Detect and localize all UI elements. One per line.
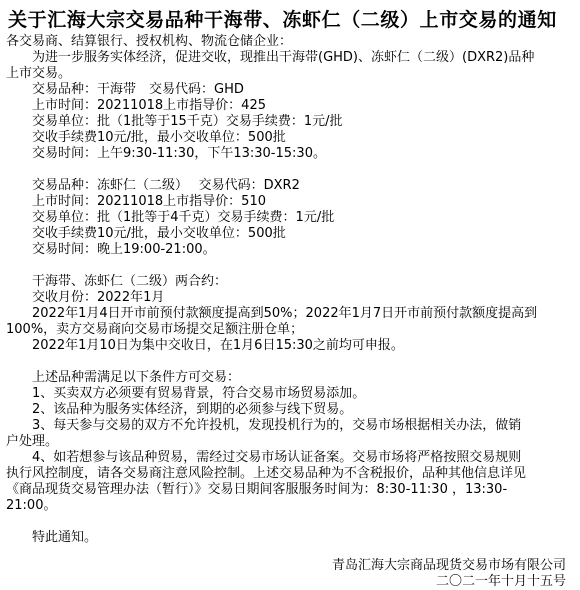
product-line: 交易单位：批（1批等于4千克）交易手续费：1元/批 <box>6 210 576 226</box>
notice-body: 各交易商、结算银行、授权机构、物流仓储企业： 为进一步服务实体经济，促进交收，现… <box>6 34 576 584</box>
product-ghd-block: 交易品种：干海带 交易代码：GHD 上市时间：20211018上市指导价：425… <box>6 82 576 162</box>
product-line: 交易品种：冻虾仁（二级） 交易代码：DXR2 <box>6 178 576 194</box>
intro-line: 为进一步服务实体经济，促进交收，现推出干海带(GHD)、冻虾仁（二级）(DXR2… <box>6 50 576 66</box>
product-line: 上市时间：20211018上市指导价：510 <box>6 194 576 210</box>
conditions-heading: 上述品种需满足以下条件方可交易： <box>6 370 576 386</box>
signature-company: 青岛汇海大宗商品现货交易市场有限公司 <box>6 558 576 574</box>
condition-item-cont: 执行风控制度，请各交易商注意风险控制。上述交易品种为不含税报价，品种其他信息详见 <box>6 466 576 482</box>
condition-item: 4、如若想参与该品种贸易，需经过交易市场认证备案。交易市场将严格按照交易规则 <box>6 450 576 466</box>
closing-text: 特此通知。 <box>6 530 576 546</box>
delivery-day: 2022年1月10日为集中交收日，在1月6日15:30之前均可申报。 <box>6 338 576 354</box>
contracts-block: 干海带、冻虾仁（二级）两合约： 交收月份：2022年1月 2022年1月4日开市… <box>6 274 576 354</box>
product-line: 交收手续费10元/批，最小交收单位：500批 <box>6 130 576 146</box>
notice-title: 关于汇海大宗交易品种干海带、冻虾仁（二级）上市交易的通知 <box>8 5 557 32</box>
salutation: 各交易商、结算银行、授权机构、物流仓储企业： <box>6 34 576 50</box>
product-line: 上市时间：20211018上市指导价：425 <box>6 98 576 114</box>
product-dxr2-block: 交易品种：冻虾仁（二级） 交易代码：DXR2 上市时间：20211018上市指导… <box>6 178 576 258</box>
condition-item-cont: 《商品现货交易管理办法（暂行）》交易日期间客服服务时间为：8:30-11:30 … <box>6 482 576 498</box>
contracts-heading: 干海带、冻虾仁（二级）两合约： <box>6 274 576 290</box>
product-line: 交易单位：批（1批等于15千克）交易手续费：1元/批 <box>6 114 576 130</box>
product-line: 交易品种：干海带 交易代码：GHD <box>6 82 576 98</box>
delivery-month: 交收月份：2022年1月 <box>6 290 576 306</box>
condition-item: 3、每天参与交易的双方不允许投机，发现投机行为的，交易市场根据相关办法，做销 <box>6 418 576 434</box>
condition-item-cont: 户处理。 <box>6 434 576 450</box>
condition-item: 2、该品种为服务实体经济，到期的必须参与线下贸易。 <box>6 402 576 418</box>
product-line: 交收手续费10元/批，最小交收单位：500批 <box>6 226 576 242</box>
prepay-line: 100%，卖方交易商向交易市场提交足额注册仓单； <box>6 322 576 338</box>
conditions-block: 上述品种需满足以下条件方可交易： 1、买卖双方必须要有贸易背景，符合交易市场贸易… <box>6 370 576 514</box>
product-line: 交易时间：上午9:30-11:30，下午13:30-15:30。 <box>6 146 576 162</box>
intro-line: 上市交易。 <box>6 66 576 82</box>
product-line: 交易时间：晚上19:00-21:00。 <box>6 242 576 258</box>
condition-item-cont: 21:00。 <box>6 498 576 514</box>
condition-item: 1、买卖双方必须要有贸易背景，符合交易市场贸易添加。 <box>6 386 576 402</box>
prepay-line: 2022年1月4日开市前预付款额度提高到50%；2022年1月7日开市前预付款额… <box>6 306 576 322</box>
signature-date: 二〇二一年十月十五号 <box>6 574 576 584</box>
